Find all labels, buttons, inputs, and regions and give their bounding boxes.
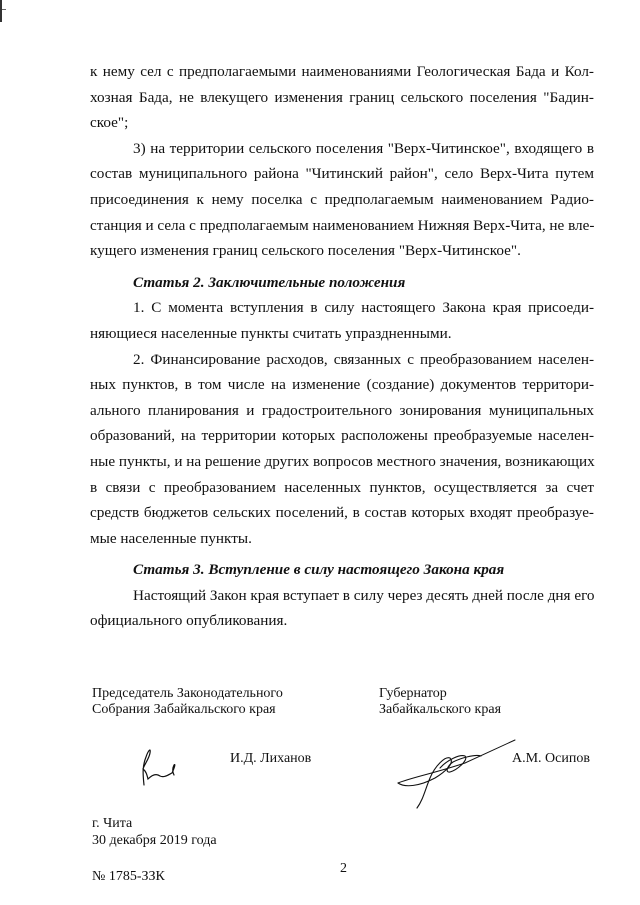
footer-place-date: г. Чита 30 декабря 2019 года (92, 815, 217, 849)
text-line: хозная Бада, не влекущего изменения гран… (90, 85, 594, 111)
text-line: состав муниципального района "Читинский … (90, 161, 594, 187)
text-line: ные пункты, и на решение других вопросов… (90, 449, 594, 475)
text-line: присоединения к нему поселка с предполаг… (90, 187, 594, 213)
text-line: официального опубликования. (90, 608, 594, 634)
text-line: кущего изменения границ сельского поселе… (90, 238, 594, 264)
paragraph-continuation: к нему сел с предполагаемыми наименовани… (90, 59, 594, 136)
document-body: к нему сел с предполагаемыми наименовани… (90, 59, 594, 634)
text-line: к нему сел с предполагаемыми наименовани… (90, 59, 594, 85)
text-line: средств бюджетов сельских поселений, в с… (90, 500, 594, 526)
right-title-line-2: Забайкальского края (379, 702, 501, 718)
left-signatory-name: И.Д. Лиханов (230, 751, 311, 767)
left-handwritten-signature (138, 745, 188, 790)
text-line: ных пунктов, в том числе на изменение (с… (90, 372, 594, 398)
left-signatory-title: Председатель Законодательного Собрания З… (92, 686, 283, 718)
article-2-heading: Статья 2. Заключительные положения (90, 270, 594, 296)
right-handwritten-signature (395, 738, 520, 813)
right-title-line-1: Губернатор (379, 686, 501, 702)
right-signatory-title: Губернатор Забайкальского края (379, 686, 501, 718)
text-line: 2. Финансирование расходов, связанных с … (90, 347, 594, 373)
article-2-paragraph-2: 2. Финансирование расходов, связанных с … (90, 347, 594, 552)
text-line: в связи с преобразованием населенных пун… (90, 475, 594, 501)
law-number: № 1785-ЗЗК (92, 868, 165, 885)
text-line: образований, на территории которых распо… (90, 423, 594, 449)
text-line: мые населенные пункты. (90, 526, 594, 552)
page-number: 2 (340, 860, 347, 877)
text-line: станция и села с предполагаемым наименов… (90, 213, 594, 239)
right-signatory-name: А.М. Осипов (512, 751, 590, 767)
text-line: Настоящий Закон края вступает в силу чер… (90, 583, 594, 609)
article-3-paragraph-1: Настоящий Закон края вступает в силу чер… (90, 583, 594, 634)
city: г. Чита (92, 815, 217, 832)
text-line: няющиеся населенные пункты считать упраз… (90, 321, 594, 347)
article-3-heading: Статья 3. Вступление в силу настоящего З… (90, 557, 594, 583)
text-line: ального планирования и градостроительног… (90, 398, 594, 424)
text-line: ское"; (90, 110, 594, 136)
scan-edge-mark (0, 0, 2, 22)
text-line: 1. С момента вступления в силу настоящег… (90, 295, 594, 321)
left-title-line-1: Председатель Законодательного (92, 686, 283, 702)
date: 30 декабря 2019 года (92, 832, 217, 849)
left-title-line-2: Собрания Забайкальского края (92, 702, 283, 718)
text-line: 3) на территории сельского поселения "Ве… (90, 136, 594, 162)
article-2-paragraph-1: 1. С момента вступления в силу настоящег… (90, 295, 594, 346)
paragraph-item-3: 3) на территории сельского поселения "Ве… (90, 136, 594, 264)
scan-edge-tick (2, 9, 6, 10)
